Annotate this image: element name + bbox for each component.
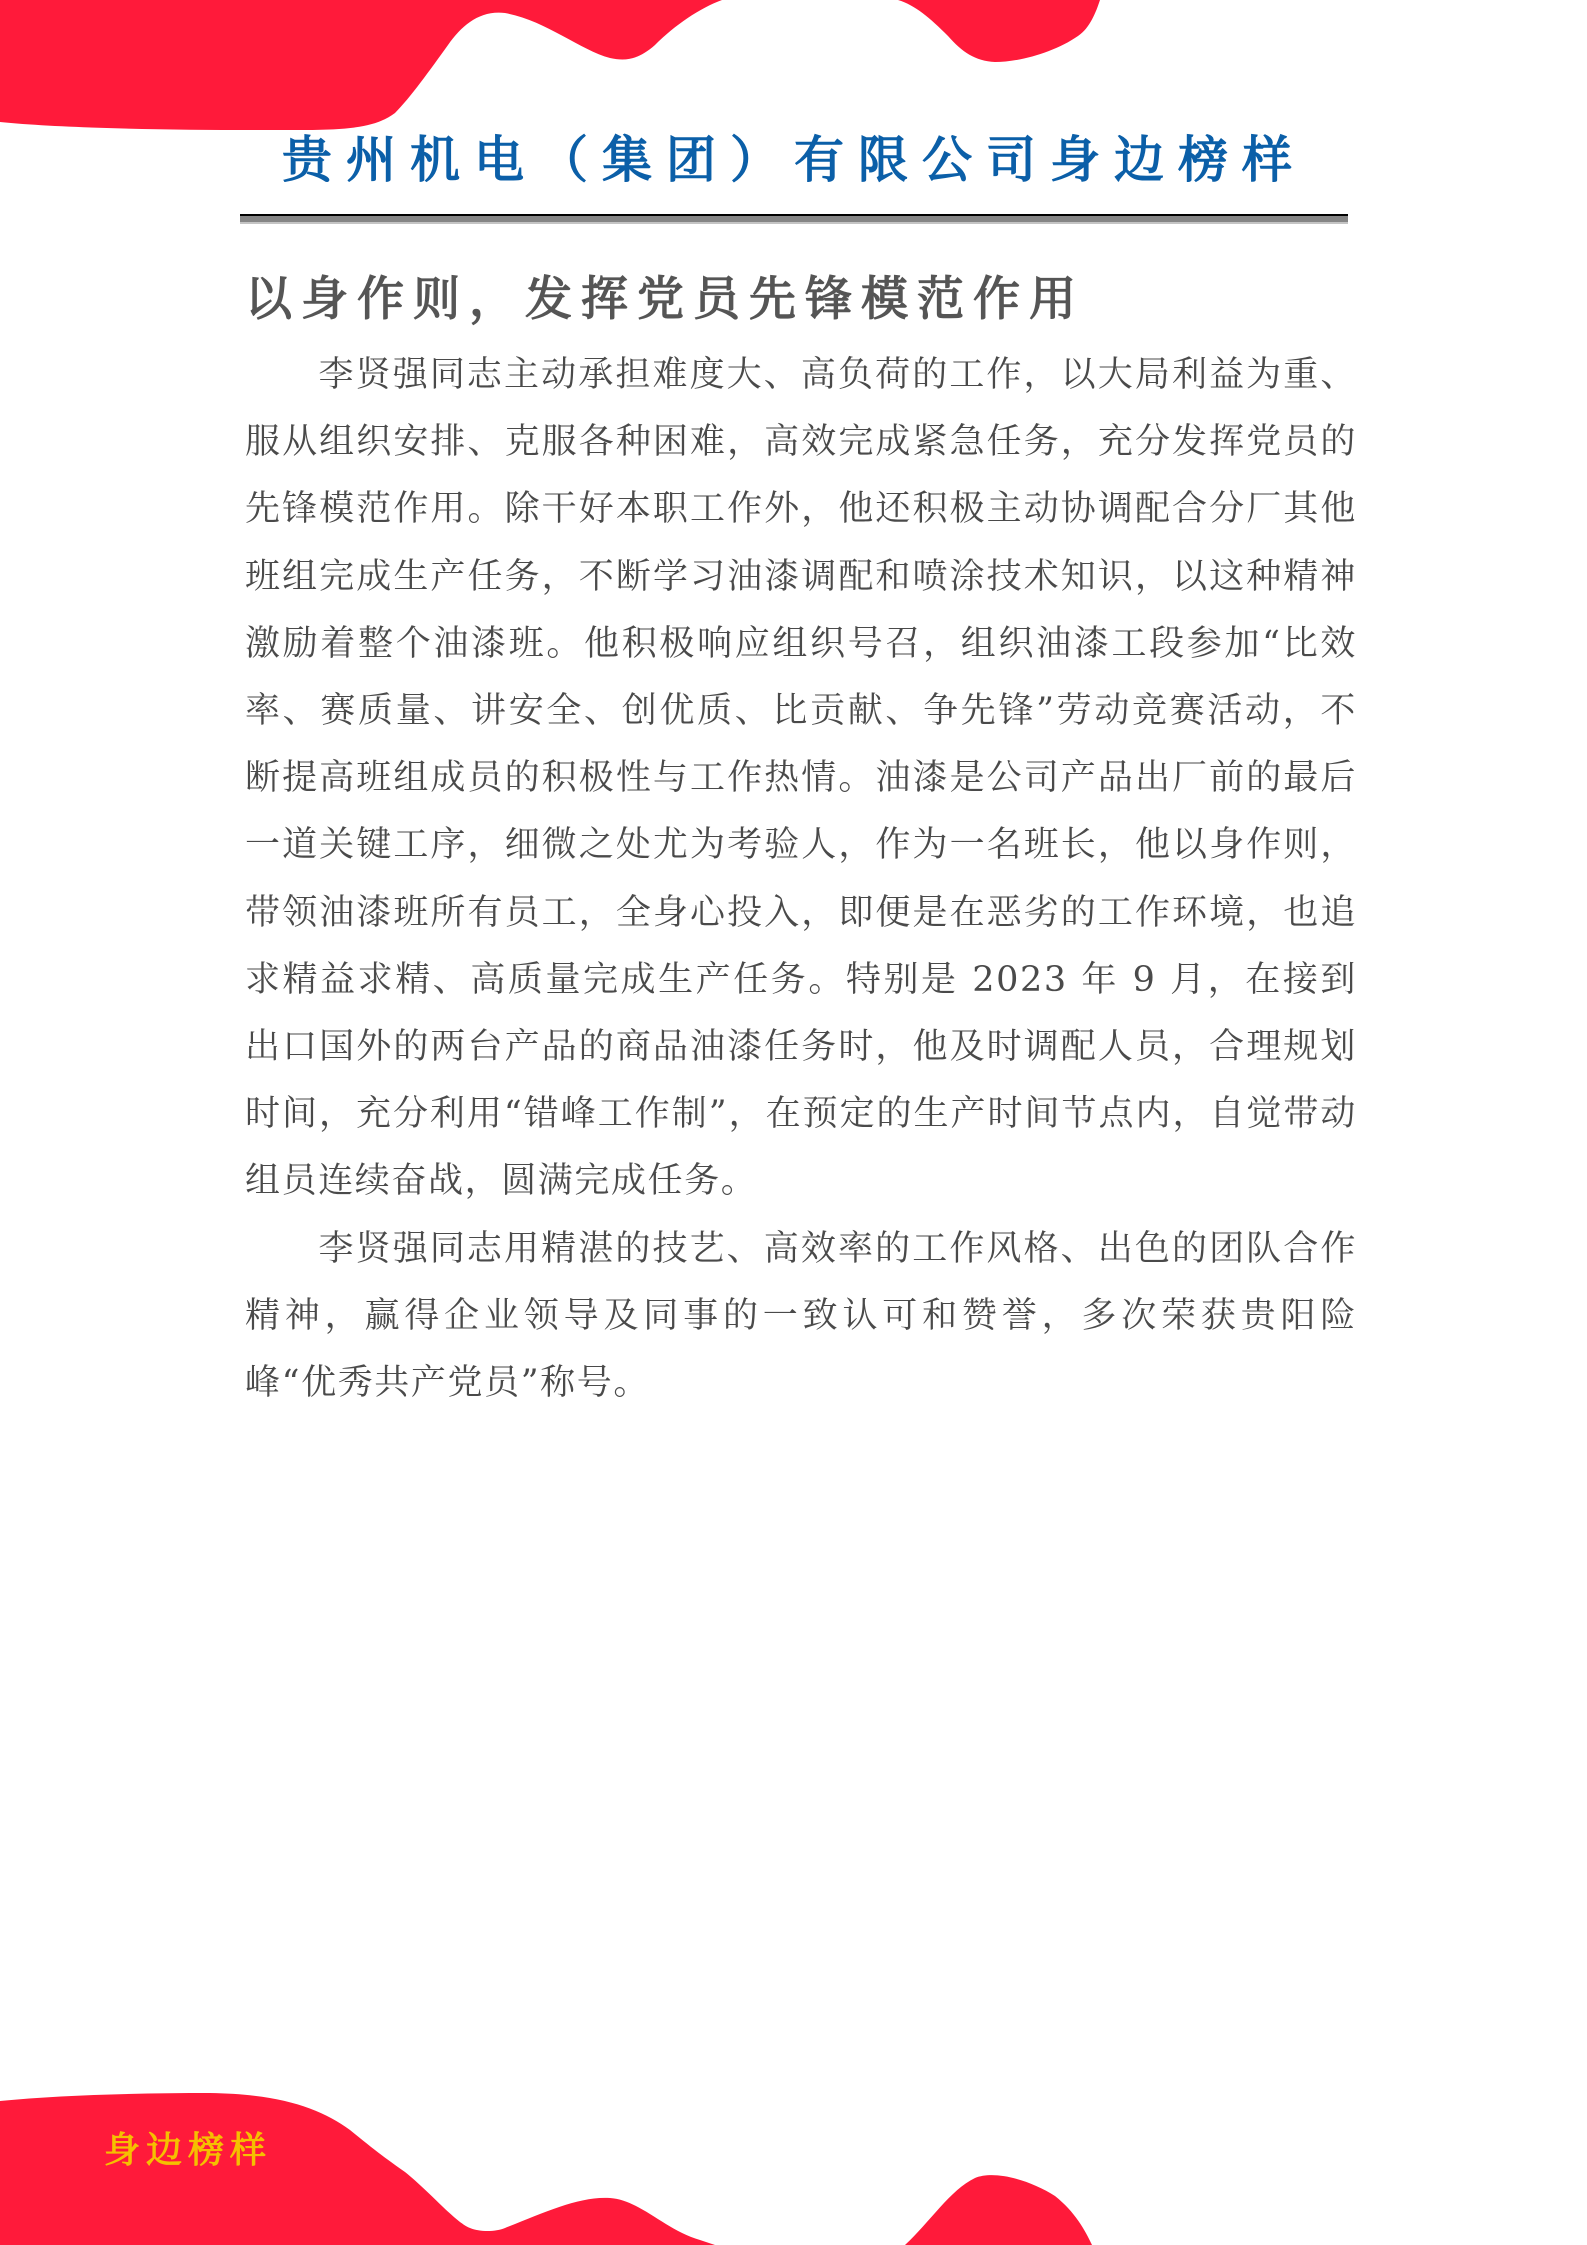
header-divider bbox=[240, 214, 1348, 224]
top-left-red-wave bbox=[0, 0, 722, 130]
divider-line-light bbox=[240, 222, 1348, 224]
footer-label: 身边榜样 bbox=[104, 2128, 272, 2172]
article-paragraph: 李贤强同志用精湛的技艺、高效率的工作风格、出色的团队合作精神，赢得企业领导及同事… bbox=[245, 1216, 1357, 1418]
bottom-right-red-hump bbox=[905, 2175, 1092, 2245]
top-right-red-blob bbox=[898, 0, 1100, 62]
article-paragraph: 李贤强同志主动承担难度大、高负荷的工作，以大局利益为重、服从组织安排、克服各种困… bbox=[245, 342, 1357, 1216]
section-heading: 以身作则，发挥党员先锋模范作用 bbox=[245, 268, 1345, 332]
article-body: 李贤强同志主动承担难度大、高负荷的工作，以大局利益为重、服从组织安排、克服各种困… bbox=[245, 342, 1357, 1417]
page-title: 贵州机电（集团）有限公司身边榜样 bbox=[240, 128, 1348, 192]
